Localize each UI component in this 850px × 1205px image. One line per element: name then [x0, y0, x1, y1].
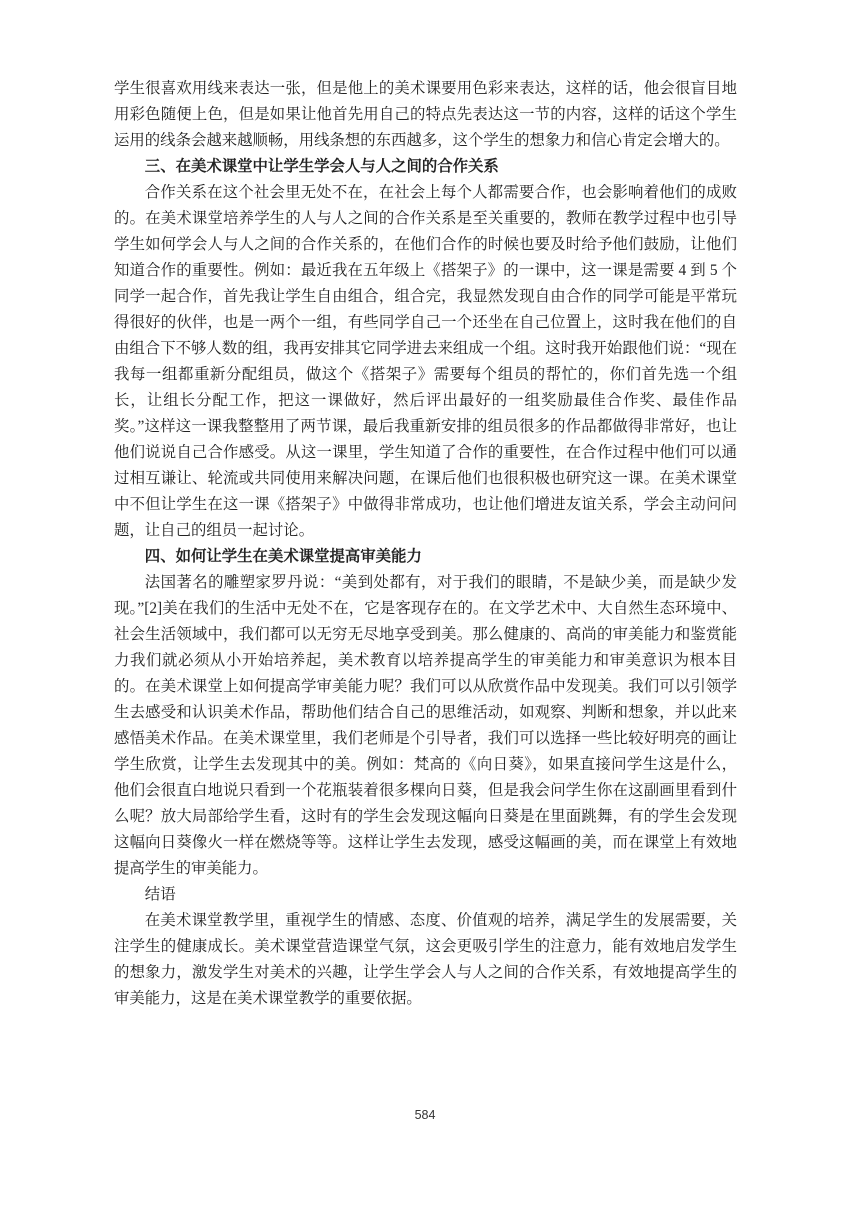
page-number: 584: [0, 1108, 850, 1122]
paragraph-cooperation: 合作关系在这个社会里无处不在，在社会上每个人都需要合作，也会影响着他们的成败的。…: [114, 180, 737, 544]
paragraph-conclusion: 在美术课堂教学里，重视学生的情感、态度、价值观的培养，满足学生的发展需要，关注学…: [114, 908, 737, 1012]
section-heading-4: 四、如何让学生在美术课堂提高审美能力: [114, 544, 737, 570]
conclusion-label: 结语: [114, 882, 737, 908]
section-heading-3: 三、在美术课堂中让学生学会人与人之间的合作关系: [114, 154, 737, 180]
paragraph-continuation: 学生很喜欢用线来表达一张，但是他上的美术课要用色彩来表达，这样的话，他会很盲目地…: [114, 76, 737, 154]
document-page: 学生很喜欢用线来表达一张，但是他上的美术课要用色彩来表达，这样的话，他会很盲目地…: [114, 76, 737, 1012]
paragraph-aesthetics: 法国著名的雕塑家罗丹说：“美到处都有，对于我们的眼睛，不是缺少美，而是缺少发现。…: [114, 570, 737, 882]
